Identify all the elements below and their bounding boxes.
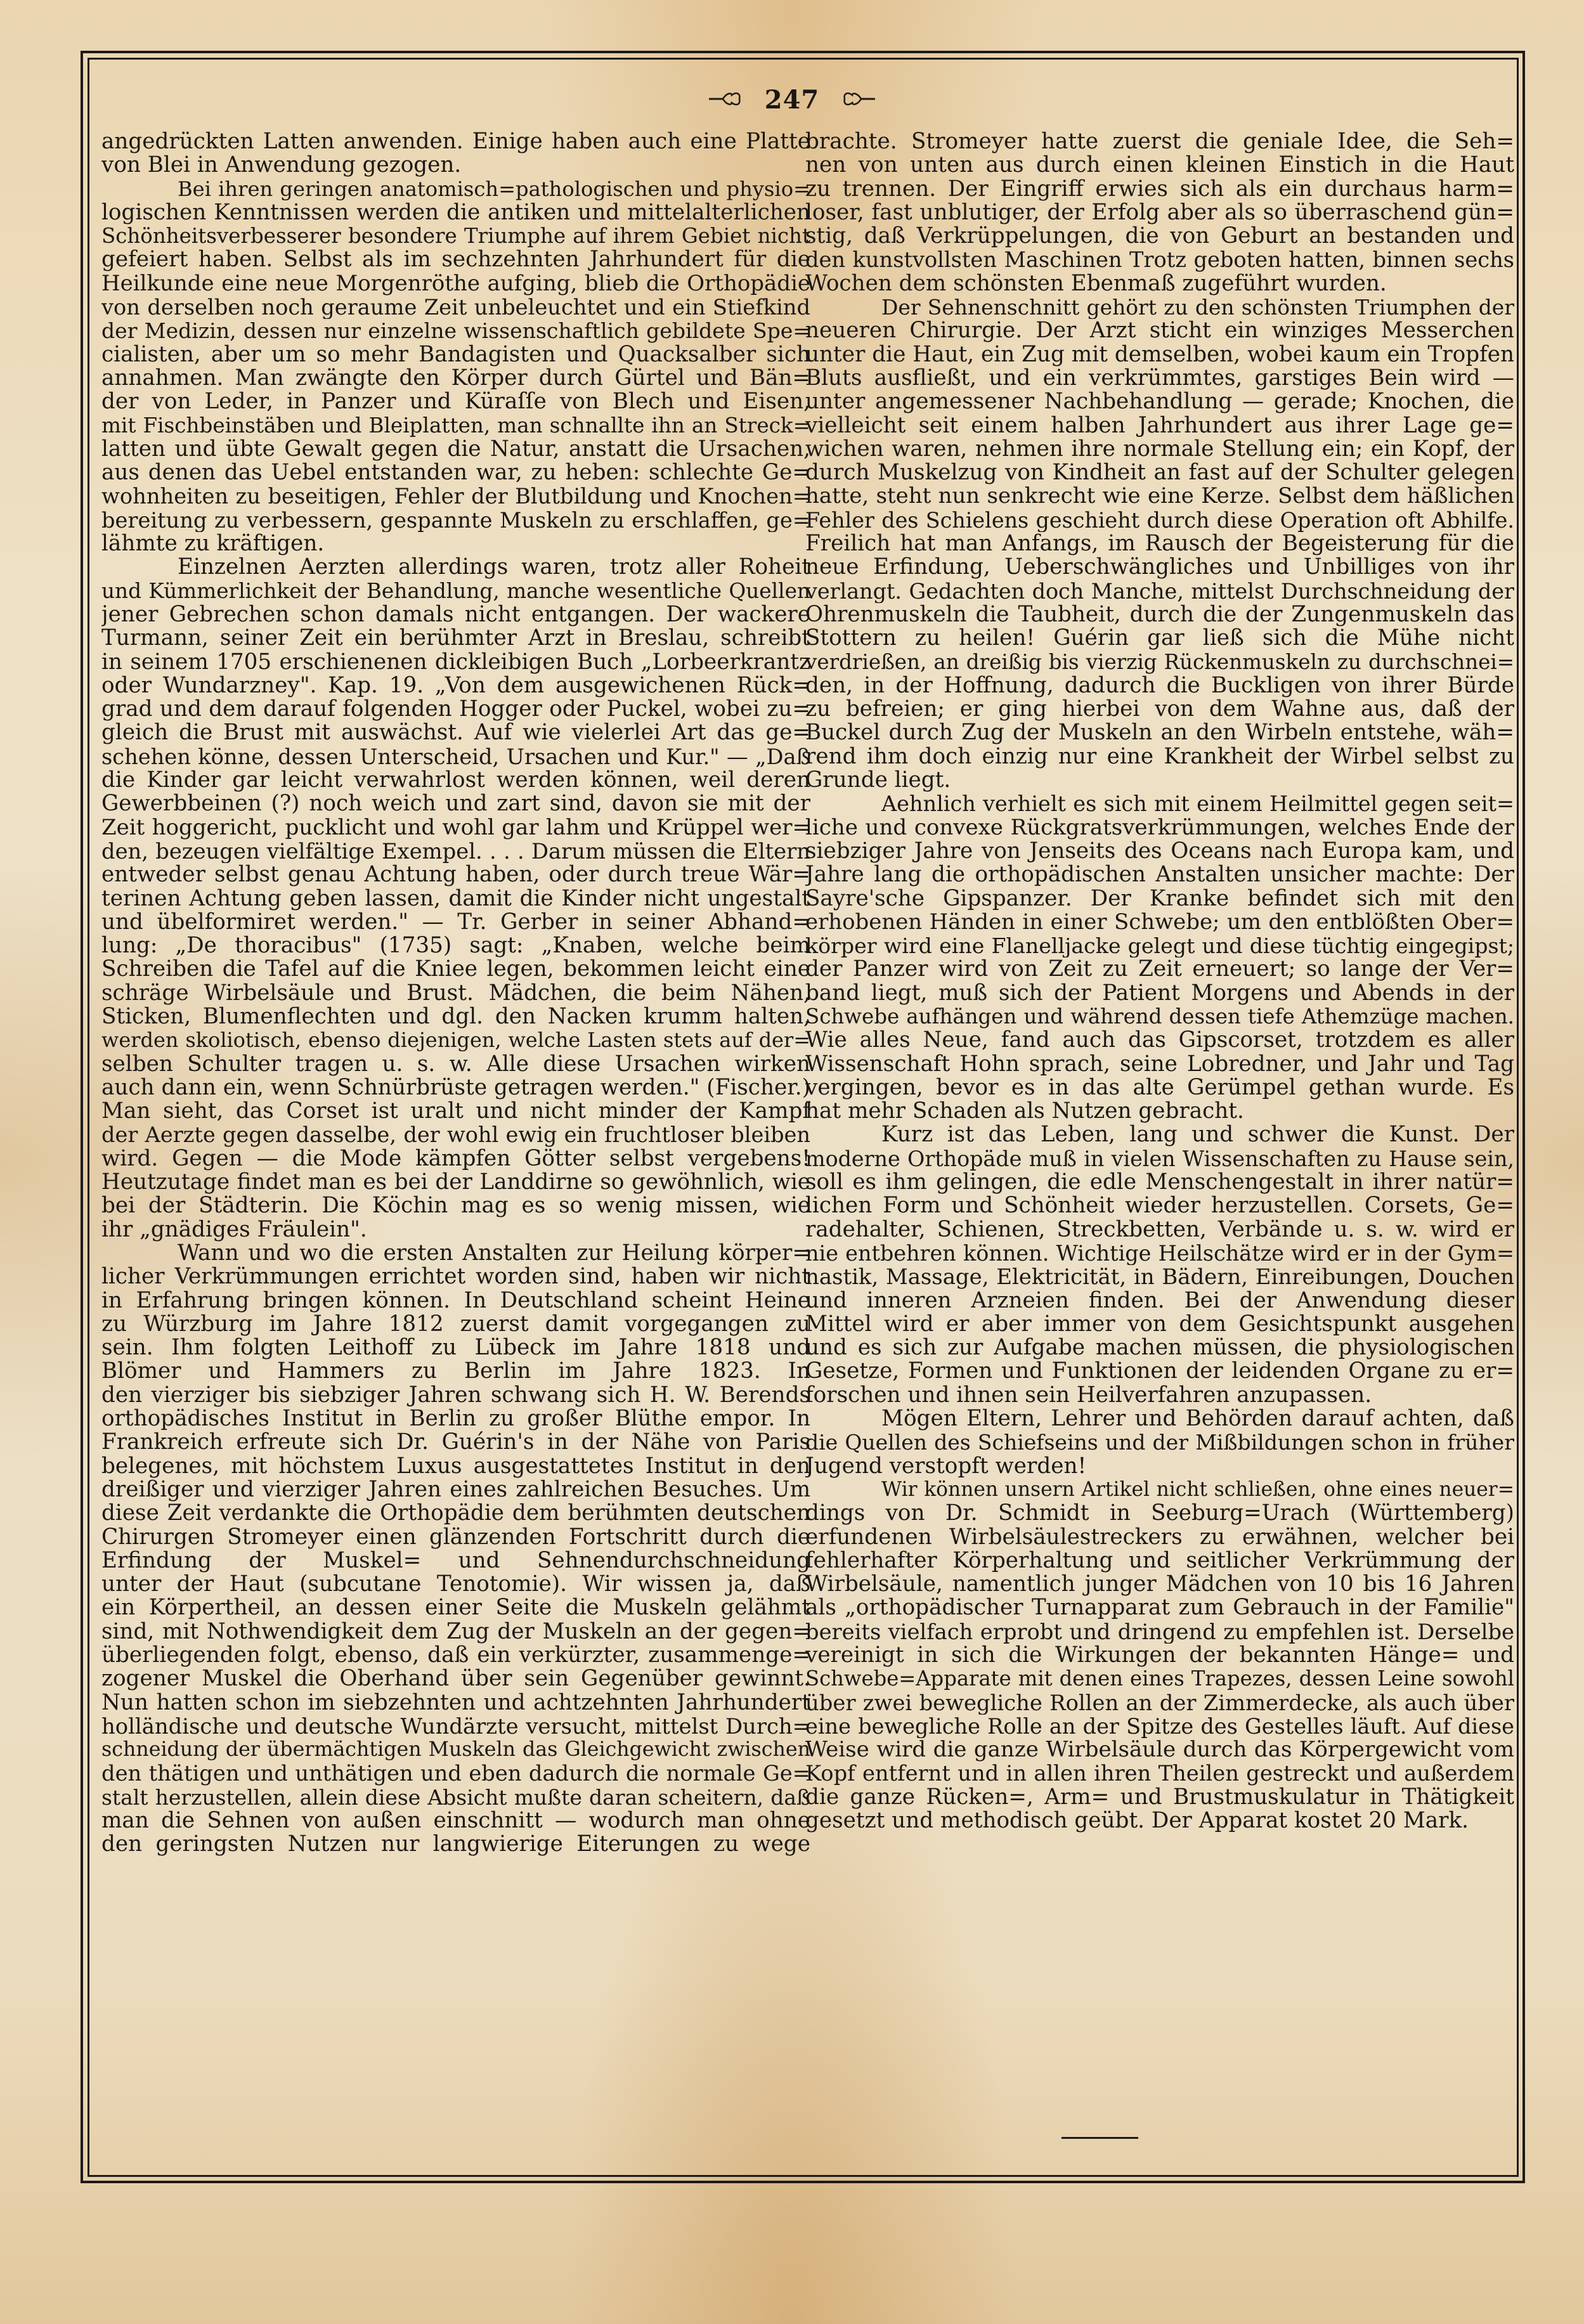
- text-line: unter der Haut (subcutane Tenotomie). Wi…: [101, 1573, 810, 1596]
- text-line: die Quellen des Schiefseins und der Mißb…: [805, 1431, 1514, 1454]
- text-line: von Blei in Anwendung gezogen.: [101, 153, 810, 177]
- text-line: Ohrenmuskeln die Taubheit, durch die der…: [805, 603, 1514, 626]
- text-line: sind, mit Nothwendigkeit dem Zug der Mus…: [101, 1620, 810, 1644]
- text-line: Mittel wird er aber immer von dem Gesich…: [805, 1313, 1514, 1336]
- text-line: Wir können unsern Artikel nicht schließe…: [805, 1478, 1514, 1502]
- text-column-left: angedrückten Latten anwenden. Einige hab…: [101, 130, 810, 1857]
- text-line: mit Fischbeinstäben und Bleiplatten, man…: [101, 414, 810, 438]
- text-line: wohnheiten zu beseitigen, Fehler der Blu…: [101, 484, 810, 508]
- text-line: hatte, steht nun senkrecht wie eine Kerz…: [805, 484, 1514, 508]
- text-line: schneidung der übermächtigen Muskeln das…: [101, 1738, 810, 1762]
- text-line: man die Sehnen von außen einschnitt — wo…: [101, 1809, 810, 1833]
- text-line: latten und übte Gewalt gegen die Natur, …: [101, 438, 810, 461]
- text-line: werden skoliotisch, ebenso diejenigen, w…: [101, 1029, 810, 1052]
- text-line: erfundenen Wirbelsäulestreckers zu erwäh…: [805, 1526, 1514, 1549]
- fleuron-left-icon: [708, 90, 746, 109]
- text-line: und inneren Arzneien finden. Bei der Anw…: [805, 1289, 1514, 1313]
- text-column-right: brachte. Stromeyer hatte zuerst die geni…: [805, 130, 1514, 1833]
- text-line: lähmte zu kräftigen.: [101, 532, 810, 555]
- text-line: hat mehr Schaden als Nutzen gebracht.: [805, 1100, 1514, 1123]
- text-line: brachte. Stromeyer hatte zuerst die geni…: [805, 130, 1514, 153]
- text-line: Zeit hoggericht, pucklicht und wohl gar …: [101, 816, 810, 840]
- text-line: fehlerhafter Körperhaltung und seitliche…: [805, 1549, 1514, 1573]
- text-line: wird. Gegen — die Mode kämpfen Götter se…: [101, 1147, 810, 1171]
- text-line: Wann und wo die ersten Anstalten zur Hei…: [101, 1242, 810, 1265]
- text-line: unter die Haut, ein Zug mit demselben, w…: [805, 343, 1514, 367]
- text-line: zu befreien; er ging hierbei von dem Wah…: [805, 698, 1514, 721]
- text-line: Chirurgen Stromeyer einen glänzenden For…: [101, 1526, 810, 1549]
- text-line: als „orthopädischer Turnapparat zum Gebr…: [805, 1596, 1514, 1620]
- text-line: gefeiert haben. Selbst als im sechzehnte…: [101, 248, 810, 271]
- text-line: Wissenschaft Hohn sprach, seine Lobredne…: [805, 1053, 1514, 1076]
- text-line: schehen könne, dessen Unterscheid, Ursac…: [101, 745, 810, 769]
- text-line: Jugend verstopft werden!: [805, 1455, 1514, 1478]
- paragraph: Wir können unsern Artikel nicht schließe…: [805, 1478, 1514, 1833]
- text-line: Turmann, seiner Zeit ein berühmter Arzt …: [101, 626, 810, 650]
- text-line: holländische und deutsche Wundärzte vers…: [101, 1715, 810, 1738]
- text-line: verdrießen, an dreißig bis vierzig Rücke…: [805, 651, 1514, 674]
- text-line: soll es ihm gelingen, die edle Menscheng…: [805, 1171, 1514, 1194]
- text-line: nen von unten aus durch einen kleinen Ei…: [805, 153, 1514, 177]
- text-line: stig, daß Verkrüppelungen, die von Gebur…: [805, 224, 1514, 248]
- text-line: siebziger Jahre von Jenseits des Oceans …: [805, 840, 1514, 863]
- text-line: Wochen dem schönsten Ebenmaß zugeführt w…: [805, 272, 1514, 295]
- paragraph: Aehnlich verhielt es sich mit einem Heil…: [805, 792, 1514, 1123]
- text-line: der Aerzte gegen dasselbe, der wohl ewig…: [101, 1123, 810, 1146]
- text-line: bereits vielfach erprobt und dringend zu…: [805, 1620, 1514, 1644]
- text-line: bereitung zu verbessern, gespannte Muske…: [101, 509, 810, 532]
- text-line: und übelformiret werden." — Tr. Gerber i…: [101, 911, 810, 934]
- text-line: dreißiger und vierziger Jahren eines zah…: [101, 1478, 810, 1502]
- text-line: Fehler des Schielens geschieht durch die…: [805, 509, 1514, 532]
- text-line: den, bezeugen vielfältige Exempel. . . .…: [101, 840, 810, 863]
- fleuron-right-icon: [838, 90, 876, 109]
- text-line: zogener Muskel die Oberhand über sein Ge…: [101, 1667, 810, 1691]
- text-line: Nun hatten schon im siebzehnten und acht…: [101, 1691, 810, 1715]
- text-line: entweder selbst genau Achtung haben, ode…: [101, 863, 810, 886]
- text-line: auch dann ein, wenn Schnürbrüste getrage…: [101, 1076, 810, 1100]
- text-line: erhobenen Händen in einer Schwebe; um de…: [805, 911, 1514, 934]
- text-line: überliegenden folgt, ebenso, daß ein ver…: [101, 1644, 810, 1667]
- text-line: Der Sehnenschnitt gehört zu den schönste…: [805, 295, 1514, 319]
- text-line: terinen Achtung geben lassen, damit die …: [101, 887, 810, 911]
- paragraph: Der Sehnenschnitt gehört zu den schönste…: [805, 295, 1514, 792]
- text-line: in Erfahrung bringen können. In Deutschl…: [101, 1289, 810, 1313]
- text-line: lichen Form und Schönheit wieder herzust…: [805, 1194, 1514, 1217]
- text-line: liche und convexe Rückgratsverkrümmungen…: [805, 816, 1514, 840]
- text-line: grad und dem darauf folgenden Hogger ode…: [101, 698, 810, 721]
- text-line: angedrückten Latten anwenden. Einige hab…: [101, 130, 810, 153]
- text-line: vereinigt in sich die Wirkungen der beka…: [805, 1644, 1514, 1667]
- text-line: Stottern zu heilen! Guérin gar ließ sich…: [805, 626, 1514, 650]
- text-line: Man sieht, das Corset ist uralt und nich…: [101, 1100, 810, 1123]
- text-line: Schönheitsverbesserer besondere Triumphe…: [101, 224, 810, 248]
- text-line: oder Wundarzney". Kap. 19. „Von dem ausg…: [101, 674, 810, 698]
- text-line: verlangt. Gedachten doch Manche, mittels…: [805, 580, 1514, 603]
- text-line: neue Erfindung, Ueberschwängliches und U…: [805, 555, 1514, 579]
- text-line: Erfindung der Muskel= und Sehnendurchsch…: [101, 1549, 810, 1573]
- text-line: Grunde liegt.: [805, 769, 1514, 792]
- text-line: nastik, Massage, Elektricität, in Bädern…: [805, 1265, 1514, 1289]
- text-line: wichen waren, nehmen ihre normale Stellu…: [805, 438, 1514, 461]
- text-line: unter angemessener Nachbehandlung — gera…: [805, 390, 1514, 413]
- text-line: Jahre lang die orthopädischen Anstalten …: [805, 863, 1514, 886]
- text-line: den, in der Hoffnung, dadurch die Buckli…: [805, 674, 1514, 698]
- text-line: Frankreich erfreute sich Dr. Guérin's in…: [101, 1431, 810, 1454]
- text-line: aus denen das Uebel entstanden war, zu h…: [101, 461, 810, 484]
- page-header: 247: [0, 84, 1584, 115]
- text-line: moderne Orthopäde muß in vielen Wissensc…: [805, 1147, 1514, 1171]
- text-line: Heilkunde eine neue Morgenröthe aufging,…: [101, 272, 810, 295]
- text-line: von derselben noch geraume Zeit unbeleuc…: [101, 295, 810, 319]
- paragraph: Kurz ist das Leben, lang und schwer die …: [805, 1123, 1514, 1407]
- text-line: Schwebe=Apparate mit denen eines Trapeze…: [805, 1667, 1514, 1691]
- text-line: Heutzutage findet man es bei der Landdir…: [101, 1171, 810, 1194]
- text-line: den kunstvollsten Maschinen Trotz gebote…: [805, 248, 1514, 271]
- text-line: ein Körpertheil, an dessen einer Seite d…: [101, 1596, 810, 1620]
- text-line: durch Muskelzug von Kindheit an fast auf…: [805, 461, 1514, 484]
- text-line: logischen Kenntnissen werden die antiken…: [101, 201, 810, 224]
- text-line: jener Gebrechen schon damals nicht entga…: [101, 603, 810, 626]
- text-line: nie entbehren können. Wichtige Heilschät…: [805, 1242, 1514, 1265]
- text-line: Gewerbbeinen (?) noch weich und zart sin…: [101, 792, 810, 815]
- text-line: den vierziger bis siebziger Jahren schwa…: [101, 1384, 810, 1407]
- text-line: lung: „De thoracibus" (1735) sagt: „Knab…: [101, 934, 810, 958]
- text-line: Gesetze, Formen und Funktionen der leide…: [805, 1360, 1514, 1383]
- paragraph: angedrückten Latten anwenden. Einige hab…: [101, 130, 810, 178]
- text-line: körper wird eine Flanelljacke gelegt und…: [805, 934, 1514, 958]
- text-line: Schreiben die Tafel auf die Kniee legen,…: [101, 958, 810, 981]
- text-line: die Kinder gar leicht verwahrlost werden…: [101, 769, 810, 792]
- text-line: vielleicht seit einem halben Jahrhundert…: [805, 414, 1514, 438]
- text-line: Wie alles Neue, fand auch das Gipscorset…: [805, 1029, 1514, 1052]
- text-line: Bluts ausfließt, und ein verkrümmtes, ga…: [805, 367, 1514, 390]
- text-line: dings von Dr. Schmidt in Seeburg=Urach (…: [805, 1502, 1514, 1525]
- text-line: Freilich hat man Anfangs, im Rausch der …: [805, 532, 1514, 555]
- text-line: zu trennen. Der Eingriff erwies sich als…: [805, 178, 1514, 201]
- text-line: der Medizin, dessen nur einzelne wissens…: [101, 319, 810, 342]
- text-line: Einzelnen Aerzten allerdings waren, trot…: [101, 555, 810, 579]
- paragraph: Wann und wo die ersten Anstalten zur Hei…: [101, 1242, 810, 1857]
- text-line: die ganze Rücken=, Arm= und Brustmuskula…: [805, 1786, 1514, 1809]
- text-line: belegenes, mit höchstem Luxus ausgestatt…: [101, 1455, 810, 1478]
- text-line: rend ihm doch einzig nur eine Krankheit …: [805, 745, 1514, 769]
- text-line: Blömer und Hammers zu Berlin im Jahre 18…: [101, 1360, 810, 1383]
- text-line: licher Verkrümmungen errichtet worden si…: [101, 1265, 810, 1289]
- text-line: Weise wird die ganze Wirbelsäule durch d…: [805, 1738, 1514, 1762]
- paragraph: brachte. Stromeyer hatte zuerst die geni…: [805, 130, 1514, 295]
- text-line: neueren Chirurgie. Der Arzt sticht ein w…: [805, 319, 1514, 342]
- paragraph: Mögen Eltern, Lehrer und Behörden darauf…: [805, 1407, 1514, 1478]
- text-line: Sticken, Blumenflechten und dgl. den Nac…: [101, 1005, 810, 1029]
- text-line: sein. Ihm folgten Leithoff zu Lübeck im …: [101, 1336, 810, 1360]
- text-line: selben Schulter tragen u. s. w. Alle die…: [101, 1053, 810, 1076]
- text-line: und Kümmerlichkeit der Behandlung, manch…: [101, 580, 810, 603]
- text-line: in seinem 1705 erschienenen dickleibigen…: [101, 651, 810, 674]
- text-line: diese Zeit verdankte die Orthopädie dem …: [101, 1502, 810, 1525]
- article-end-rule: [1061, 2137, 1138, 2139]
- text-line: Mögen Eltern, Lehrer und Behörden darauf…: [805, 1407, 1514, 1431]
- page-number: 247: [765, 85, 820, 115]
- text-line: Schwebe aufhängen und während dessen tie…: [805, 1005, 1514, 1029]
- text-line: Bei ihren geringen anatomisch=pathologis…: [101, 178, 810, 201]
- text-line: Aehnlich verhielt es sich mit einem Heil…: [805, 792, 1514, 815]
- text-line: radehalter, Schienen, Streckbetten, Verb…: [805, 1218, 1514, 1242]
- text-line: Wirbelsäule, namentlich junger Mädchen v…: [805, 1573, 1514, 1596]
- text-line: Kurz ist das Leben, lang und schwer die …: [805, 1123, 1514, 1146]
- text-line: ihr „gnädiges Fräulein".: [101, 1218, 810, 1242]
- text-line: band liegt, muß sich der Patient Morgens…: [805, 982, 1514, 1005]
- text-line: den geringsten Nutzen nur langwierige Ei…: [101, 1833, 810, 1856]
- text-line: schräge Wirbelsäule und Brust. Mädchen, …: [101, 982, 810, 1005]
- paragraph: Einzelnen Aerzten allerdings waren, trot…: [101, 555, 810, 1242]
- text-line: bei der Städterin. Die Köchin mag es so …: [101, 1194, 810, 1217]
- text-line: forschen und ihnen sein Heilverfahren an…: [805, 1384, 1514, 1407]
- text-line: vergingen, bevor es in das alte Gerümpel…: [805, 1076, 1514, 1100]
- text-line: Sayre'sche Gipspanzer. Der Kranke befind…: [805, 887, 1514, 911]
- text-line: eine bewegliche Rolle an der Spitze des …: [805, 1715, 1514, 1738]
- text-line: orthopädisches Institut in Berlin zu gro…: [101, 1407, 810, 1431]
- text-line: gleich die Brust mit auswächst. Auf wie …: [101, 721, 810, 744]
- text-line: gesetzt und methodisch geübt. Der Appara…: [805, 1809, 1514, 1833]
- text-line: cialisten, aber um so mehr Bandagisten u…: [101, 343, 810, 367]
- text-line: Buckel durch Zug der Muskeln an den Wirb…: [805, 721, 1514, 744]
- text-line: der Panzer wird von Zeit zu Zeit erneuer…: [805, 958, 1514, 981]
- text-line: den thätigen und unthätigen und eben dad…: [101, 1762, 810, 1785]
- text-line: Kopf entfernt und in allen ihren Theilen…: [805, 1762, 1514, 1785]
- text-line: der von Leder, in Panzer und Küraſſe von…: [101, 390, 810, 413]
- text-line: loser, fast unblutiger, der Erfolg aber …: [805, 201, 1514, 224]
- paragraph: Bei ihren geringen anatomisch=pathologis…: [101, 178, 810, 556]
- text-line: zu Würzburg im Jahre 1812 zuerst damit v…: [101, 1313, 810, 1336]
- text-line: und es sich zur Aufgabe machen müssen, d…: [805, 1336, 1514, 1360]
- text-line: stalt herzustellen, allein diese Absicht…: [101, 1786, 810, 1809]
- text-line: annahmen. Man zwängte den Körper durch G…: [101, 367, 810, 390]
- text-line: über zwei bewegliche Rollen an der Zimme…: [805, 1691, 1514, 1715]
